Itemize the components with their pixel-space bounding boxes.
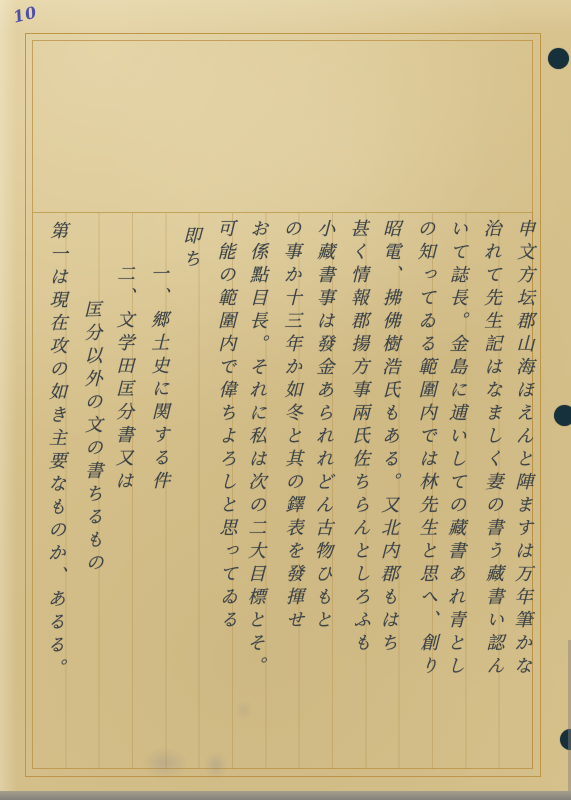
manuscript-column: の事か十三年か如冬と其の鐸表を發揮せ xyxy=(266,214,303,766)
scan-edge-bottom xyxy=(0,791,571,800)
manuscript-column: 可能の範圍内で偉ちよろしと思ってゐる xyxy=(200,214,237,766)
manuscript-column: 一、郷土史に関する件 xyxy=(133,214,170,766)
manuscript-column: 第一は現在攻の如き主要なものか、あるる。 xyxy=(29,214,66,766)
page-number: 10 xyxy=(11,2,39,26)
punch-hole-dot-middle xyxy=(554,405,571,426)
columns-flow: 申文方坛郡山海ほえんと陣ますは万年筆かな治れて先生記はなましく妻の書う藏書い認ん… xyxy=(33,214,533,766)
ink-bleed-mark xyxy=(143,748,187,778)
manuscript-column: の知ってゐる範圍内では林先生と思へ、創り xyxy=(400,214,437,766)
manuscript-column: 治れて先生記はなましく妻の書う藏書い認ん xyxy=(466,214,503,766)
manuscript-column: 匡分以外の文の書ちるもの xyxy=(66,214,103,766)
ink-bleed-mark xyxy=(236,700,252,720)
ink-bleed-mark xyxy=(205,752,227,778)
punch-hole-dot-top xyxy=(548,48,569,69)
manuscript-page: 10 申文方坛郡山海ほえんと陣ますは万年筆かな治れて先生記はなましく妻の書う藏書… xyxy=(0,0,571,800)
manuscript-column: 甚く情報郡揚方事兩氏佐ちらんとしろふも xyxy=(333,214,370,766)
header-box-blank xyxy=(33,41,532,212)
